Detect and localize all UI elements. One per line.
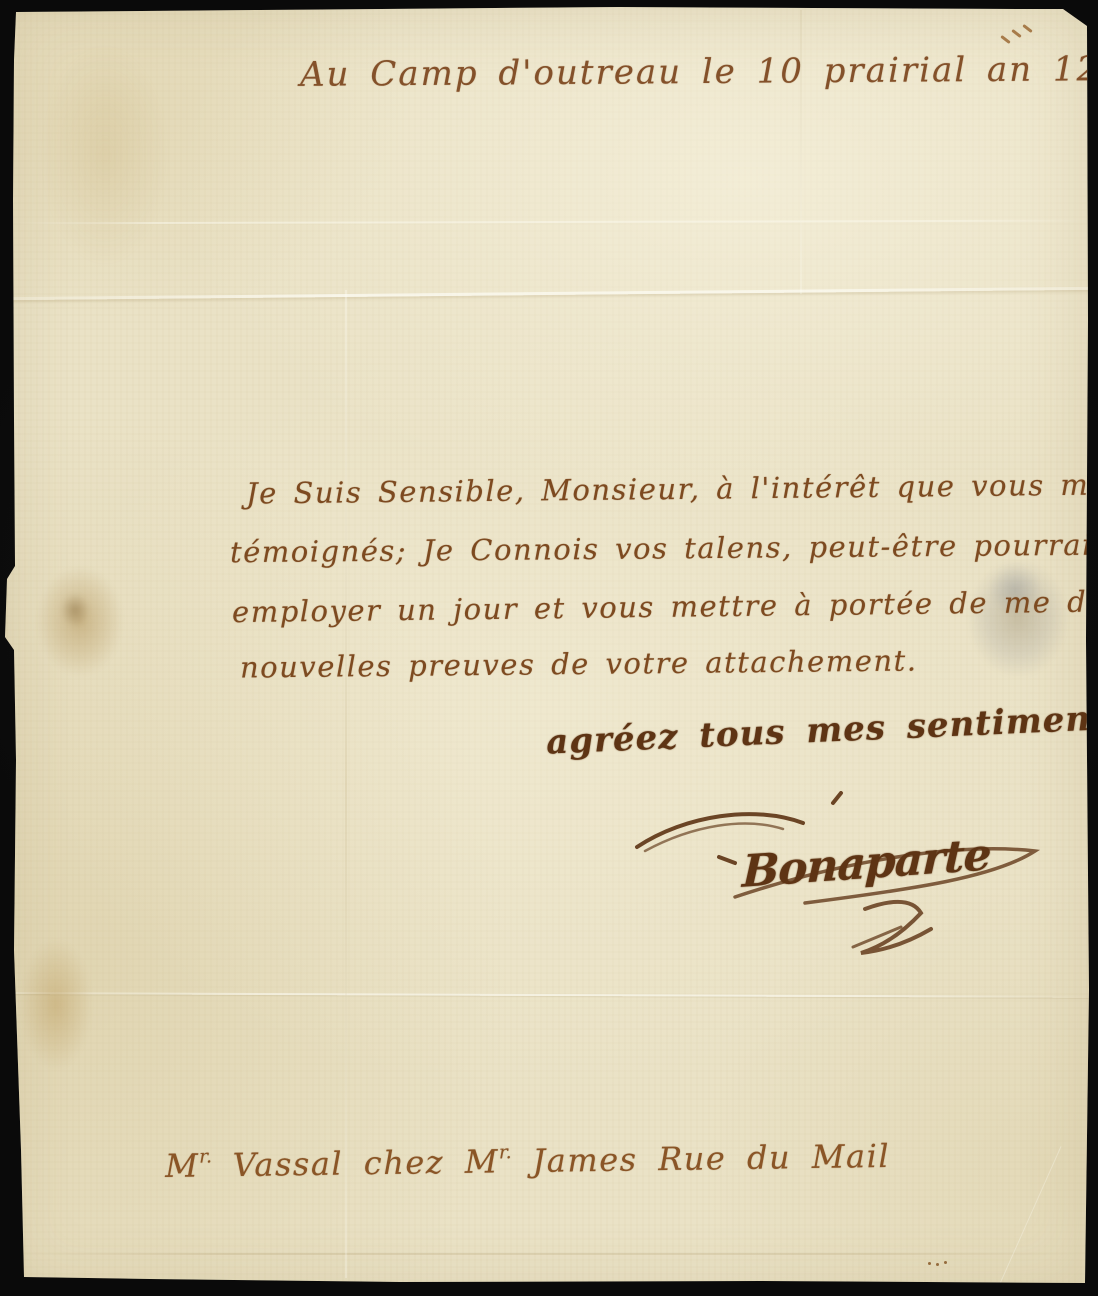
ink-dash-mark	[1022, 24, 1033, 33]
ink-speck	[936, 1263, 939, 1266]
fold-crease-horizontal-lower	[10, 992, 1090, 998]
scan-background: Au Camp d'outreau le 10 prairial an 12. …	[0, 0, 1098, 1296]
wax-seal-stain-left-core	[58, 590, 92, 630]
corner-stain	[30, 25, 180, 285]
closing-line: agréez tous mes sentiments	[545, 697, 1098, 762]
body-line: employer un jour et vous mettre à portée…	[232, 583, 1098, 629]
address-part: James Rue du Mail	[511, 1137, 890, 1180]
stain-bottom-left	[16, 932, 96, 1077]
fold-crease-horizontal-bottom	[10, 1253, 1090, 1255]
ink-speck	[944, 1261, 947, 1264]
address-superscript: r.	[199, 1146, 212, 1167]
body-line: Je Suis Sensible, Monsieur, à l'intérêt …	[246, 467, 1098, 510]
address-line: Mr. Vassal chez Mr. James Rue du Mail	[165, 1137, 891, 1185]
fold-crease-horizontal-upper	[10, 287, 1090, 300]
fold-crease-horizontal-top	[10, 220, 1090, 225]
dateline: Au Camp d'outreau le 10 prairial an 12.	[300, 49, 1098, 95]
fold-crease-vertical	[345, 290, 347, 1278]
ink-dash-mark	[1000, 35, 1011, 44]
letter-paper: Au Camp d'outreau le 10 prairial an 12. …	[0, 0, 1098, 1296]
wax-seal-stain-left	[32, 560, 128, 682]
ink-dash-mark	[1011, 29, 1022, 38]
ink-speck	[928, 1262, 931, 1265]
body-line: nouvelles preuves de votre attachement.	[240, 643, 918, 684]
paper-scratch	[1000, 1146, 1062, 1283]
body-line: témoignés; Je Connois vos talens, peut-ê…	[230, 527, 1098, 569]
address-part: M	[165, 1147, 200, 1185]
address-part: Vassal chez M	[212, 1142, 500, 1184]
address-superscript: r.	[499, 1142, 512, 1163]
